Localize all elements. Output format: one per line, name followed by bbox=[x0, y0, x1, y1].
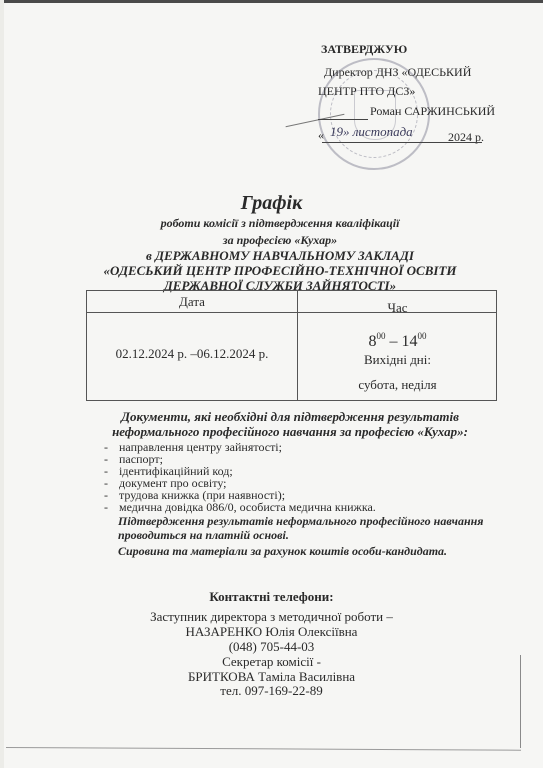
contact-line: НАЗАРЕНКО Юлія Олексіївна bbox=[0, 624, 543, 640]
time-start-minutes: 00 bbox=[377, 331, 386, 341]
contact-line: Секретар комісії - bbox=[0, 654, 543, 670]
list-item: -медична довідка 086/0, особиста медична… bbox=[104, 500, 376, 515]
subtitle-line1: роботи комісії з підтвердження кваліфіка… bbox=[40, 216, 520, 231]
table-cell-date: 02.12.2024 р. –06.12.2024 р. bbox=[87, 346, 297, 362]
approval-date-handwritten: 19» листопада bbox=[330, 124, 413, 140]
table-header-date: Дата bbox=[87, 294, 297, 310]
approval-position-line2: ЦЕНТР ПТО ДСЗ» bbox=[318, 82, 415, 101]
contact-phone: тел. 097-169-22-89 bbox=[0, 683, 543, 699]
table-cell-days-off: субота, неділя bbox=[298, 377, 497, 393]
time-end-hour: 14 bbox=[402, 333, 418, 350]
subtitle-line2: за професією «Кухар» bbox=[40, 233, 520, 248]
contact-line: Заступник директора з методичної роботи … bbox=[0, 609, 543, 625]
scan-top-edge bbox=[0, 0, 543, 3]
approval-date-year: 2024 р. bbox=[448, 128, 484, 147]
materials-note: Сировина та матеріали за рахунок коштів … bbox=[118, 544, 447, 559]
signature-line bbox=[318, 119, 368, 120]
bullet-dash: - bbox=[104, 500, 119, 515]
contacts-heading: Контактні телефони: bbox=[0, 589, 543, 605]
subtitle-line4: «ОДЕСЬКИЙ ЦЕНТР ПРОФЕСІЙНО-ТЕХНІЧНОЇ ОСВ… bbox=[40, 263, 520, 279]
payment-note-line2: проводиться на платній основі. bbox=[118, 528, 289, 543]
payment-note-line1: Підтвердження результатів неформального … bbox=[118, 514, 484, 529]
date-line bbox=[322, 142, 482, 143]
time-separator: – bbox=[386, 333, 402, 350]
page-fold-line bbox=[6, 747, 521, 751]
contact-phone: (048) 705-44-03 bbox=[0, 639, 543, 655]
subtitle-line3: в ДЕРЖАВНОМУ НАВЧАЛЬНОМУ ЗАКЛАДІ bbox=[40, 248, 520, 264]
documents-heading-line1: Документи, які необхідні для підтверджен… bbox=[60, 409, 520, 425]
time-start-hour: 8 bbox=[369, 333, 377, 350]
table-header-time: Час bbox=[298, 300, 497, 316]
time-end-minutes: 00 bbox=[418, 331, 427, 341]
table-cell-time: 800 – 1400 bbox=[298, 331, 497, 351]
documents-heading-line2: неформального професійного навчання за п… bbox=[60, 424, 520, 440]
approval-position-line1: Директор ДНЗ «ОДЕСЬКИЙ bbox=[324, 63, 471, 82]
approval-title: ЗАТВЕРДЖУЮ bbox=[321, 40, 407, 59]
schedule-table: Дата Час 02.12.2024 р. –06.12.2024 р. 80… bbox=[86, 290, 497, 401]
approval-signer: Роман САРЖИНСЬКИЙ bbox=[370, 102, 495, 121]
document-title: Графік bbox=[0, 192, 543, 215]
table-cell-days-off-label: Вихідні дні: bbox=[298, 352, 497, 368]
